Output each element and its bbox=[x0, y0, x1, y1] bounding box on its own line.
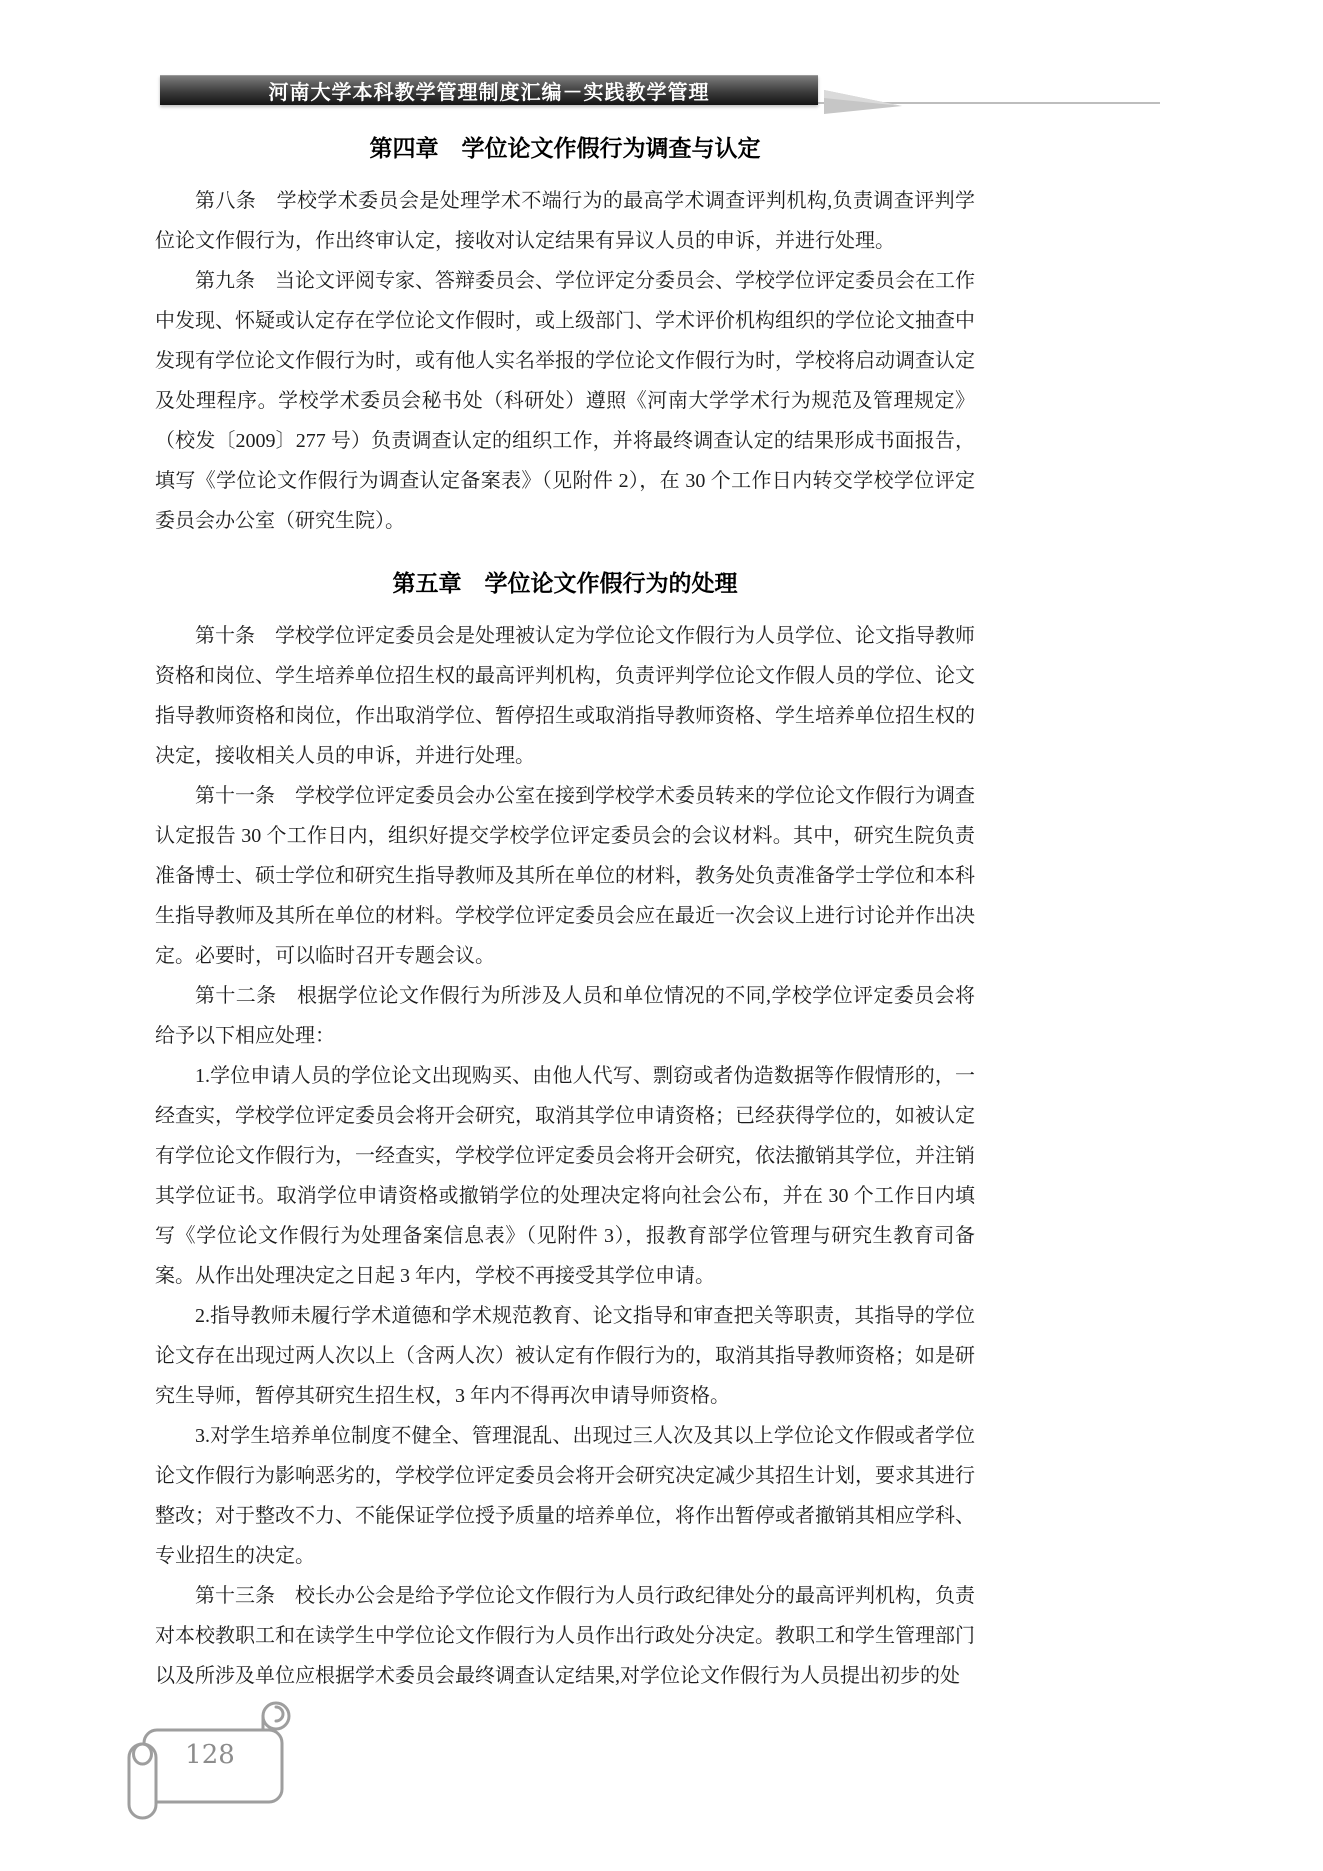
paragraph: 2.指导教师未履行学术道德和学术规范教育、论文指导和审查把关等职责，其指导的学位… bbox=[155, 1296, 975, 1416]
paragraph: 第十一条 学校学位评定委员会办公室在接到学校学术委员转来的学位论文作假行为调查认… bbox=[155, 776, 975, 976]
paragraph: 第九条 当论文评阅专家、答辩委员会、学位评定分委员会、学校学位评定委员会在工作中… bbox=[155, 261, 975, 541]
paragraph: 1.学位申请人员的学位论文出现购买、由他人代写、剽窃或者伪造数据等作假情形的，一… bbox=[155, 1056, 975, 1296]
paragraph: 3.对学生培养单位制度不健全、管理混乱、出现过三人次及其以上学位论文作假或者学位… bbox=[155, 1416, 975, 1576]
document-body: 第四章 学位论文作假行为调查与认定 第八条 学校学术委员会是处理学术不端行为的最… bbox=[155, 120, 975, 1696]
header-bar: 河南大学本科教学管理制度汇编－实践教学管理 bbox=[160, 75, 818, 105]
chapter-heading: 第五章 学位论文作假行为的处理 bbox=[155, 565, 975, 598]
paragraph: 第十二条 根据学位论文作假行为所涉及人员和单位情况的不同,学校学位评定委员会将给… bbox=[155, 976, 975, 1056]
paragraph: 第十条 学校学位评定委员会是处理被认定为学位论文作假行为人员学位、论文指导教师资… bbox=[155, 616, 975, 776]
header-title: 河南大学本科教学管理制度汇编－实践教学管理 bbox=[269, 76, 710, 105]
arrow-right-icon bbox=[822, 84, 906, 116]
page-number: 128 bbox=[162, 1740, 258, 1770]
document-page: 河南大学本科教学管理制度汇编－实践教学管理 第四章 学位论文作假行为调查与认定 … bbox=[0, 0, 1323, 1871]
paragraph: 第十三条 校长办公会是给予学位论文作假行为人员行政纪律处分的最高评判机构，负责对… bbox=[155, 1576, 975, 1696]
paragraph: 第八条 学校学术委员会是处理学术不端行为的最高学术调查评判机构,负责调查评判学位… bbox=[155, 181, 975, 261]
chapter-heading: 第四章 学位论文作假行为调查与认定 bbox=[155, 130, 975, 163]
